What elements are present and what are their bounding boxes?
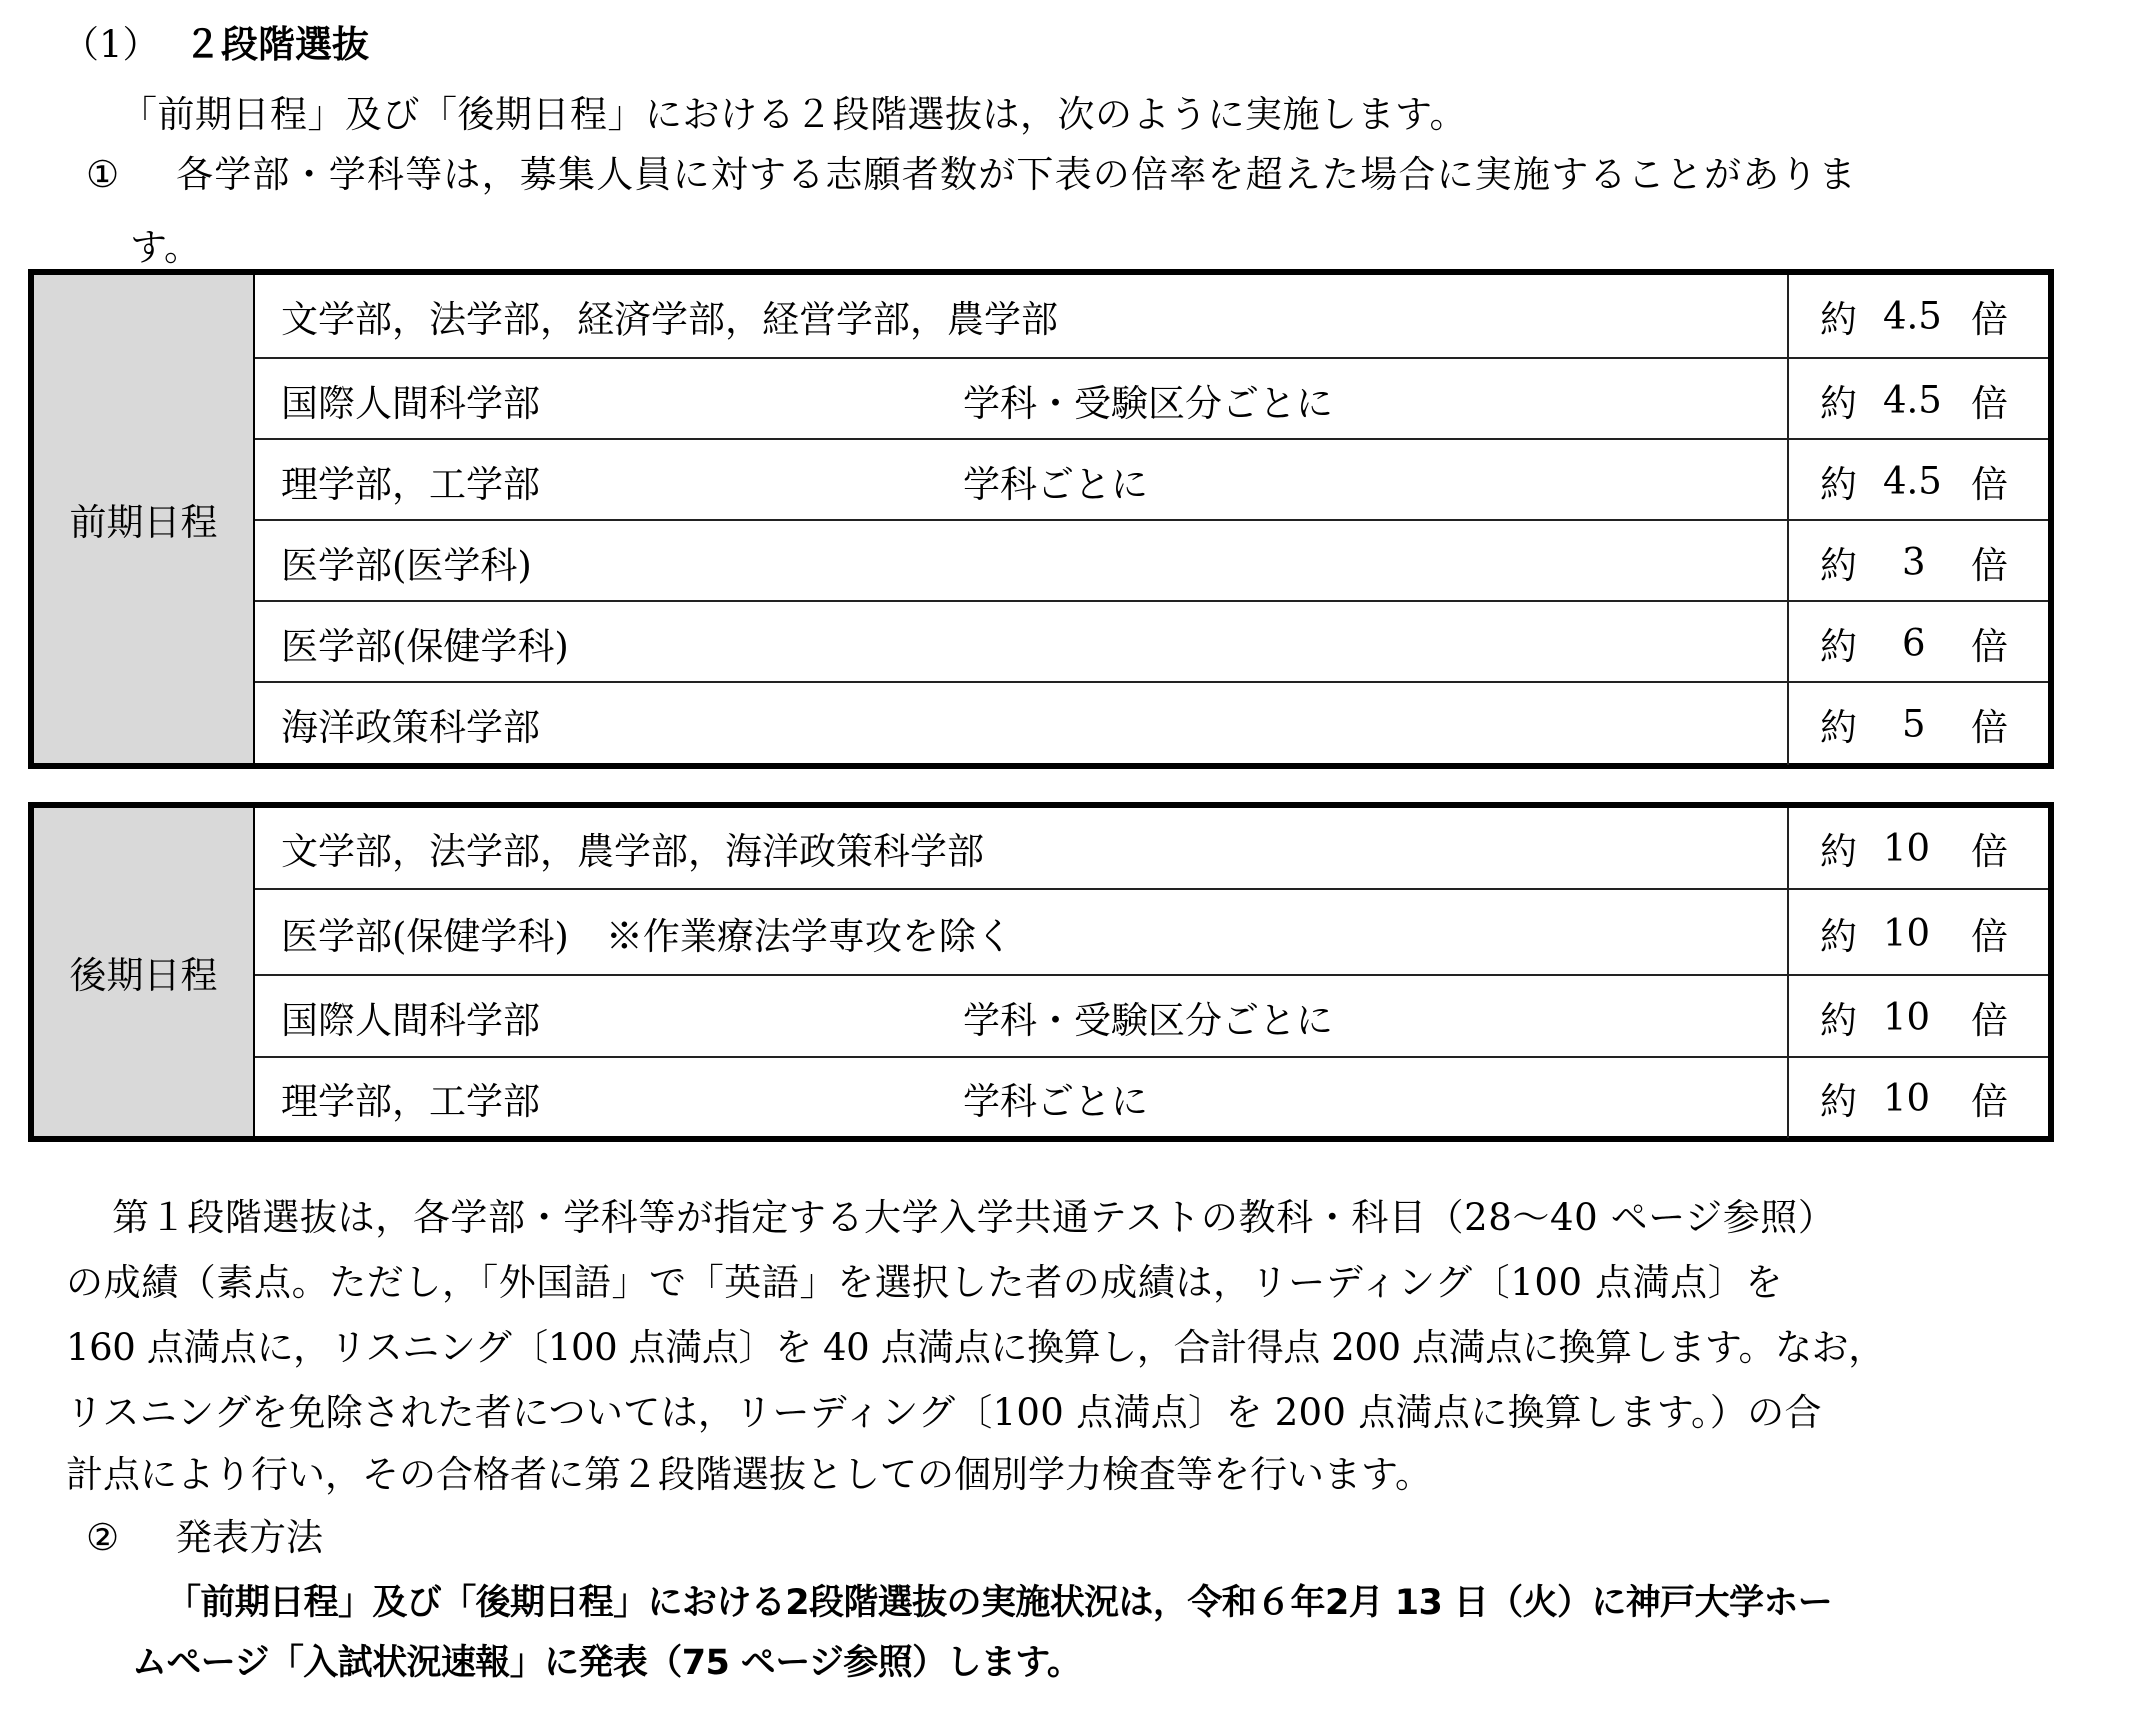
schedule-label: 前期日程	[34, 275, 255, 763]
section-number: （1）	[62, 22, 160, 68]
intro-text: 「前期日程」及び「後期日程」における２段階選抜は，次のように実施します。	[120, 92, 1467, 138]
multiplier-cell: 約 10 倍	[1787, 1058, 2048, 1138]
multiplier-suffix: 倍	[1971, 289, 2008, 343]
paragraph-line: リスニングを免除された者については，リーディング〔100 点満点〕を 200 点…	[66, 1390, 1822, 1436]
item2-announcement-line2: ムページ「入試状況速報」に発表（75 ページ参照）します。	[132, 1640, 1081, 1686]
table-rows: 文学部，法学部，農学部，海洋政策科学部 約 10 倍 医学部(保健学科) ※作業…	[255, 808, 2048, 1136]
note-cell: 学科ごとに	[963, 454, 1148, 508]
table-row: 医学部(保健学科) 約 6 倍	[255, 600, 2048, 683]
multiplier-cell: 約 4.5 倍	[1787, 359, 2048, 440]
paragraph-line: 160 点満点に，リスニング〔100 点満点〕を 40 点満点に換算し，合計得点…	[66, 1325, 1885, 1371]
table-row: 理学部，工学部 学科ごとに 約 4.5 倍	[255, 438, 2048, 521]
late-schedule-table: 後期日程 文学部，法学部，農学部，海洋政策科学部 約 10 倍 医学部(保健学科…	[28, 802, 2054, 1142]
multiplier-prefix: 約	[1820, 821, 1857, 875]
multiplier-prefix: 約	[1820, 454, 1857, 508]
multiplier-cell: 約 4.5 倍	[1787, 275, 2048, 357]
multiplier-prefix: 約	[1820, 697, 1857, 751]
multiplier-value: 6	[1902, 621, 1926, 664]
item2-marker: ②	[86, 1515, 119, 1561]
dept-cell: 海洋政策科学部	[281, 697, 540, 751]
multiplier-prefix: 約	[1820, 1071, 1857, 1125]
multiplier-suffix: 倍	[1971, 821, 2008, 875]
multiplier-prefix: 約	[1820, 616, 1857, 670]
multiplier-suffix: 倍	[1971, 454, 2008, 508]
multiplier-value: 10	[1883, 827, 1930, 870]
item2-announcement-line1: 「前期日程」及び「後期日程」における2段階選抜の実施状況は，令和６年2月 13 …	[166, 1580, 1832, 1626]
multiplier-cell: 約 10 倍	[1787, 976, 2048, 1058]
multiplier-value: 4.5	[1883, 378, 1942, 421]
dept-cell: 文学部，法学部，農学部，海洋政策科学部	[281, 821, 984, 875]
multiplier-suffix: 倍	[1971, 990, 2008, 1044]
note-cell: 学科・受験区分ごとに	[963, 990, 1333, 1044]
multiplier-cell: 約 3 倍	[1787, 521, 2048, 602]
paragraph-line: 第１段階選抜は，各学部・学科等が指定する大学入学共通テストの教科・科目（28～4…	[112, 1195, 1836, 1241]
multiplier-value: 4.5	[1883, 295, 1942, 338]
item1-text-line1: 各学部・学科等は，募集人員に対する志願者数が下表の倍率を超えた場合に実施すること…	[176, 152, 1857, 198]
multiplier-cell: 約 10 倍	[1787, 808, 2048, 888]
multiplier-cell: 約 10 倍	[1787, 890, 2048, 976]
early-schedule-table: 前期日程 文学部，法学部，経済学部，経営学部，農学部 約 4.5 倍 国際人間科…	[28, 269, 2054, 769]
dept-cell: 理学部，工学部	[281, 1071, 540, 1125]
multiplier-suffix: 倍	[1971, 906, 2008, 960]
table-row: 国際人間科学部 学科・受験区分ごとに 約 4.5 倍	[255, 357, 2048, 440]
multiplier-suffix: 倍	[1971, 535, 2008, 589]
multiplier-prefix: 約	[1820, 535, 1857, 589]
table-row: 医学部(保健学科) ※作業療法学専攻を除く 約 10 倍	[255, 888, 2048, 976]
table-row: 文学部，法学部，農学部，海洋政策科学部 約 10 倍	[255, 808, 2048, 888]
note-cell: 学科ごとに	[963, 1071, 1148, 1125]
item1-text-line2: す。	[130, 225, 201, 271]
multiplier-prefix: 約	[1820, 373, 1857, 427]
table-row: 文学部，法学部，経済学部，経営学部，農学部 約 4.5 倍	[255, 275, 2048, 357]
multiplier-value: 10	[1883, 912, 1930, 955]
table-row: 医学部(医学科) 約 3 倍	[255, 519, 2048, 602]
dept-cell: 理学部，工学部	[281, 454, 540, 508]
paragraph-line: 計点により行い，その合格者に第２段階選抜としての個別学力検査等を行います。	[66, 1452, 1432, 1498]
dept-cell: 医学部(保健学科) ※作業療法学専攻を除く	[281, 906, 1013, 960]
multiplier-value: 5	[1902, 703, 1926, 746]
multiplier-value: 4.5	[1883, 459, 1942, 502]
multiplier-prefix: 約	[1820, 990, 1857, 1044]
table-row: 海洋政策科学部 約 5 倍	[255, 681, 2048, 765]
dept-cell: 国際人間科学部	[281, 990, 540, 1044]
dept-cell: 医学部(保健学科)	[281, 616, 569, 670]
multiplier-suffix: 倍	[1971, 373, 2008, 427]
dept-cell: 医学部(医学科)	[281, 535, 532, 589]
multiplier-cell: 約 6 倍	[1787, 602, 2048, 683]
table-row: 理学部，工学部 学科ごとに 約 10 倍	[255, 1056, 2048, 1138]
paragraph-line: の成績（素点。ただし，「外国語」で「英語」を選択した者の成績は，リーディング〔1…	[66, 1260, 1783, 1306]
multiplier-prefix: 約	[1820, 289, 1857, 343]
multiplier-prefix: 約	[1820, 906, 1857, 960]
multiplier-suffix: 倍	[1971, 697, 2008, 751]
table-rows: 文学部，法学部，経済学部，経営学部，農学部 約 4.5 倍 国際人間科学部 学科…	[255, 275, 2048, 763]
multiplier-cell: 約 5 倍	[1787, 683, 2048, 765]
table-row: 国際人間科学部 学科・受験区分ごとに 約 10 倍	[255, 974, 2048, 1058]
dept-cell: 文学部，法学部，経済学部，経営学部，農学部	[281, 289, 1058, 343]
note-cell: 学科・受験区分ごとに	[963, 373, 1333, 427]
section-title: ２段階選抜	[184, 22, 369, 68]
multiplier-suffix: 倍	[1971, 1071, 2008, 1125]
multiplier-value: 3	[1902, 540, 1926, 583]
schedule-label: 後期日程	[34, 808, 255, 1136]
multiplier-value: 10	[1883, 996, 1930, 1039]
multiplier-value: 10	[1883, 1077, 1930, 1120]
multiplier-cell: 約 4.5 倍	[1787, 440, 2048, 521]
multiplier-suffix: 倍	[1971, 616, 2008, 670]
dept-cell: 国際人間科学部	[281, 373, 540, 427]
item2-heading: 発表方法	[175, 1515, 323, 1561]
item1-marker: ①	[86, 152, 119, 198]
